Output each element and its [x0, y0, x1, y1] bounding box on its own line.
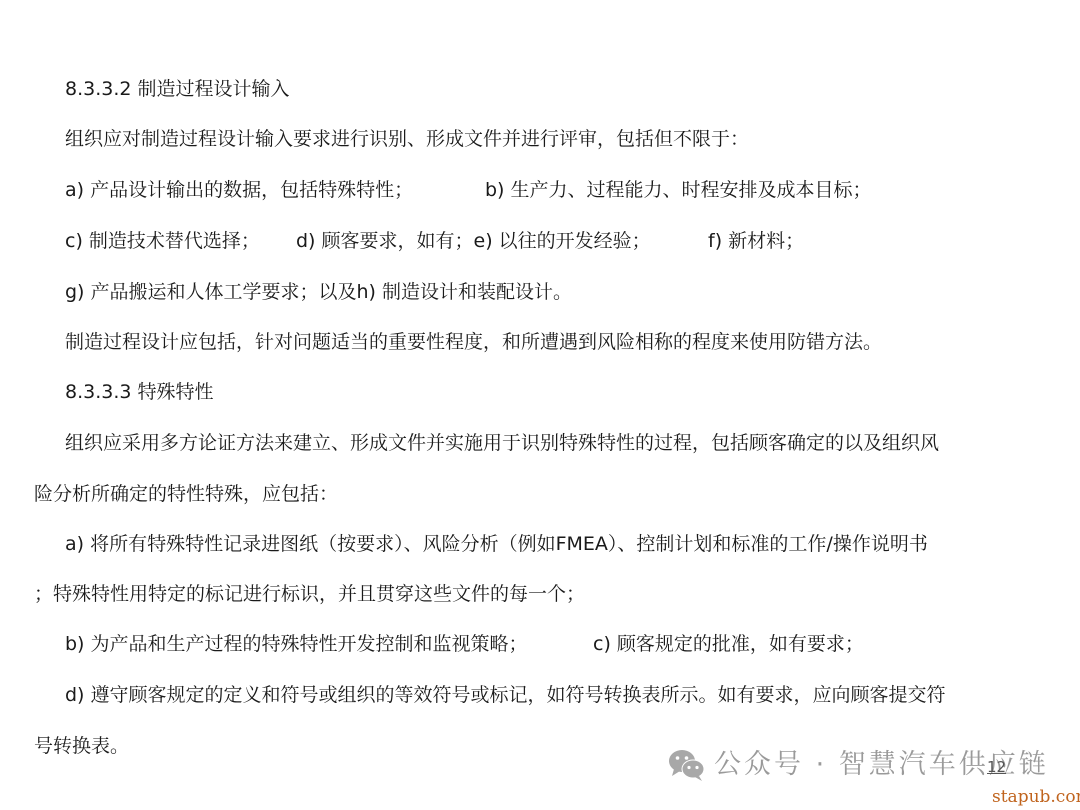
list-item-8333-c: c) 顾客规定的批准，如有要求；	[593, 631, 864, 657]
paragraph-8333-intro-line1: 组织应采用多方论证方法来建立、形成文件并实施用于识别特殊特性的过程，包括顾客确定…	[65, 430, 939, 456]
section-heading-8332: 8.3.3.2 制造过程设计输入	[65, 76, 290, 102]
list-item-b: b) 生产力、过程能力、时程安排及成本目标；	[485, 177, 872, 203]
section-heading-8333: 8.3.3.3 特殊特性	[65, 379, 214, 405]
page-number: 12	[987, 757, 1006, 777]
list-item-8333-a-line1: a) 将所有特殊特性记录进图纸（按要求）、风险分析（例如FMEA）、控制计划和标…	[65, 531, 928, 557]
list-item-8333-d-line2: 号转换表。	[34, 733, 129, 759]
list-item-8333-a-line2: ；特殊特性用特定的标记进行标识，并且贯穿这些文件的每一个；	[34, 581, 585, 607]
wechat-icon	[668, 748, 706, 782]
list-item-g-h: g) 产品搬运和人体工学要求；以及h) 制造设计和装配设计。	[65, 279, 572, 305]
list-item-c: c) 制造技术替代选择；	[65, 228, 260, 254]
list-item-8333-b: b) 为产品和生产过程的特殊特性开发控制和监视策略；	[65, 631, 528, 657]
paragraph-8332-intro: 组织应对制造过程设计输入要求进行识别、形成文件并进行评审，包括但不限于：	[65, 126, 749, 152]
list-item-d-e: d) 顾客要求，如有；e) 以往的开发经验；	[296, 228, 651, 254]
paragraph-8333-intro-line2: 险分析所确定的特性特殊，应包括：	[34, 481, 338, 507]
paragraph-8332-closing: 制造过程设计应包括，针对问题适当的重要性程度，和所遭遇到风险相称的程度来使用防错…	[65, 329, 882, 355]
list-item-8333-d-line1: d) 遵守顾客规定的定义和符号或组织的等效符号或标记，如符号转换表所示。如有要求…	[65, 682, 946, 708]
list-item-a: a) 产品设计输出的数据，包括特殊特性；	[65, 177, 413, 203]
site-mark: stapub.com	[992, 786, 1080, 808]
list-item-f: f) 新材料；	[708, 228, 804, 254]
